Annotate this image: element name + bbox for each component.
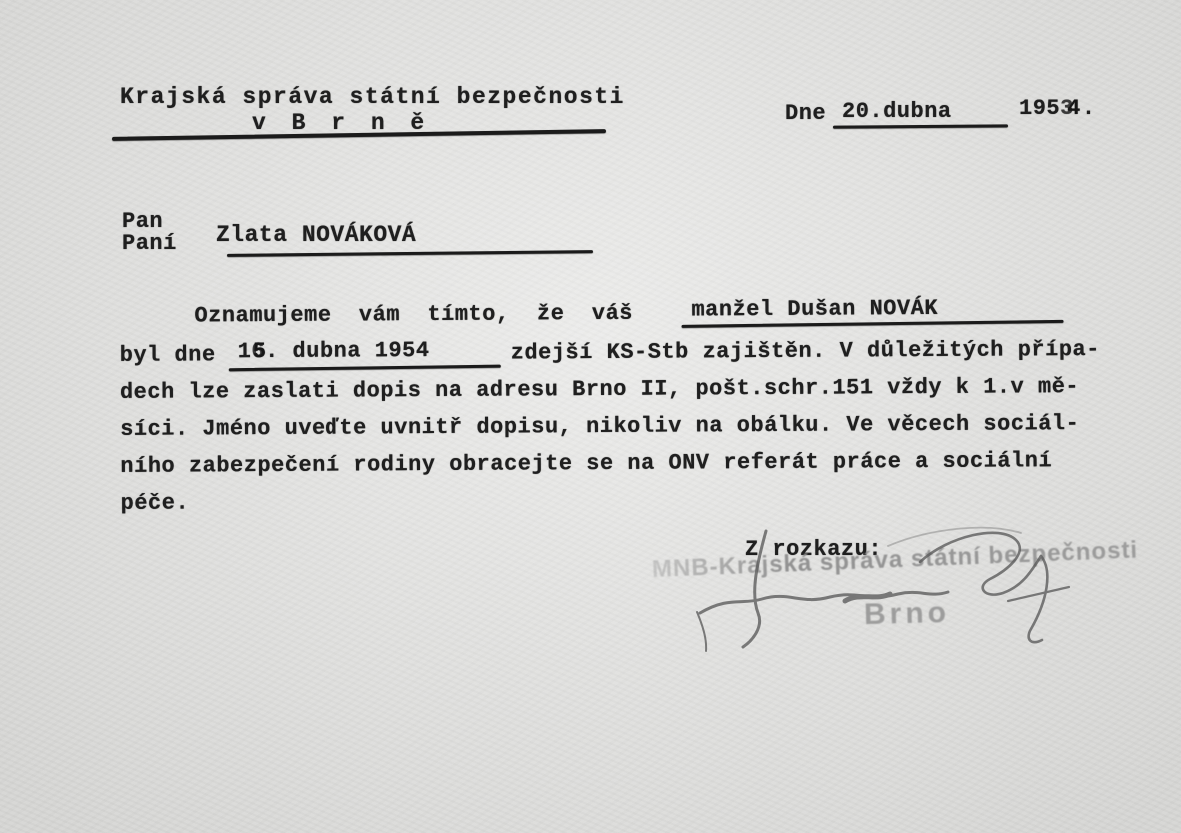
scanned-letter: Krajská správa státní bezpečnosti v B r … bbox=[0, 0, 1181, 833]
handwritten-signature bbox=[0, 0, 1181, 833]
